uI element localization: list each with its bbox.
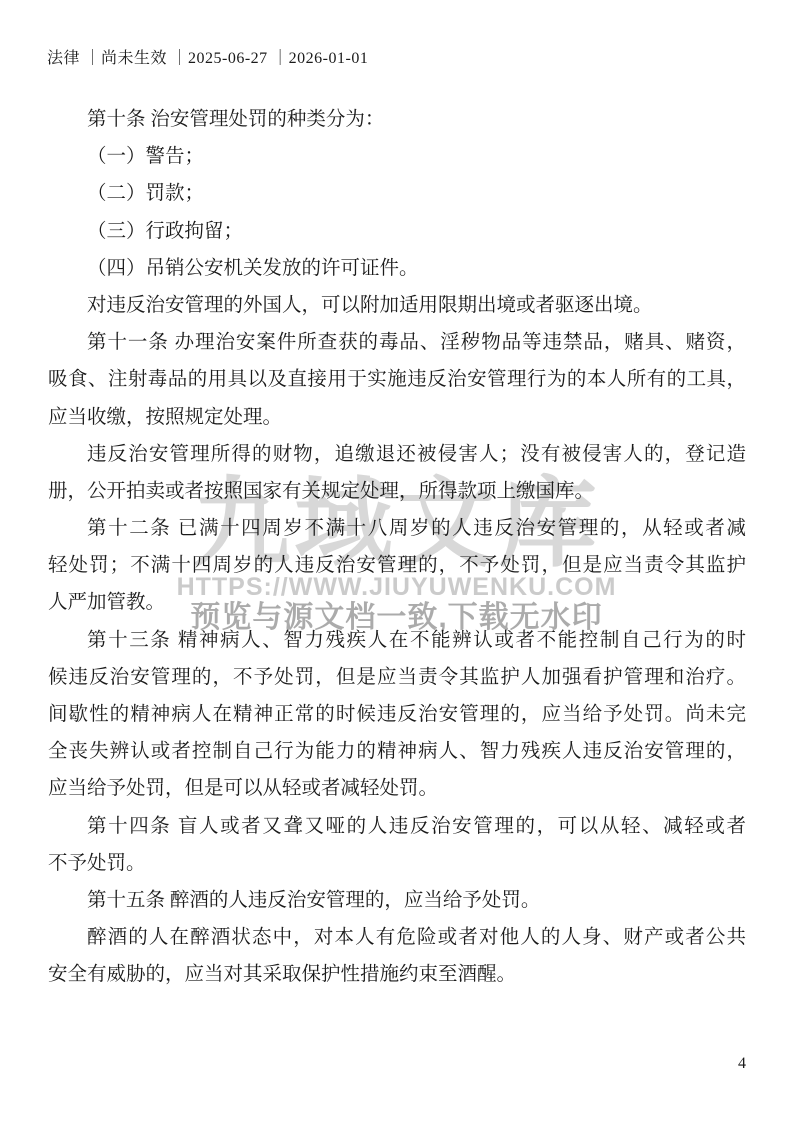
text-line: 醉酒的人在醉酒状态中，对本人有危险或者对他人的人身、财产或者公共 bbox=[48, 919, 746, 956]
text-line: 人严加管教。 bbox=[48, 584, 746, 621]
text-line: 第十四条 盲人或者又聋又哑的人违反治安管理的，可以从轻、减轻或者 bbox=[48, 808, 746, 845]
text-line: 违反治安管理所得的财物，追缴退还被侵害人；没有被侵害人的，登记造 bbox=[48, 436, 746, 473]
text-line: 候违反治安管理的，不予处罚，但是应当责令其监护人加强看护管理和治疗。 bbox=[48, 659, 746, 696]
text-line: 第十一条 办理治安案件所查获的毒品、淫秽物品等违禁品，赌具、赌资， bbox=[48, 324, 746, 361]
text-line: 第十二条 已满十四周岁不满十八周岁的人违反治安管理的，从轻或者减 bbox=[48, 510, 746, 547]
page-number: 4 bbox=[728, 1054, 756, 1074]
document-body: 第十条 治安管理处罚的种类分为： （一）警告； （二）罚款； （三）行政拘留； … bbox=[48, 101, 746, 994]
document-status-line: 法律 ｜尚未生效 ｜2025-06-27 ｜2026-01-01 bbox=[47, 50, 368, 68]
text-line: （四）吊销公安机关发放的许可证件。 bbox=[48, 250, 746, 287]
text-line: （三）行政拘留； bbox=[48, 213, 746, 250]
text-line: 册，公开拍卖或者按照国家有关规定处理，所得款项上缴国库。 bbox=[48, 473, 746, 510]
text-line: （一）警告； bbox=[48, 138, 746, 175]
document-page: 九域文库 HTTPS://WWW.JIUYUWENKU.COM 预览与源文档一致… bbox=[0, 0, 793, 1122]
text-line: 安全有威胁的，应当对其采取保护性措施约束至酒醒。 bbox=[48, 956, 746, 993]
text-line: 对违反治安管理的外国人，可以附加适用限期出境或者驱逐出境。 bbox=[48, 287, 746, 324]
text-line: （二）罚款； bbox=[48, 175, 746, 212]
text-line: 应当收缴，按照规定处理。 bbox=[48, 399, 746, 436]
text-line: 不予处罚。 bbox=[48, 845, 746, 882]
text-line: 全丧失辨认或者控制自己行为能力的精神病人、智力残疾人违反治安管理的， bbox=[48, 733, 746, 770]
text-line: 第十五条 醉酒的人违反治安管理的，应当给予处罚。 bbox=[48, 882, 746, 919]
text-line: 第十三条 精神病人、智力残疾人在不能辨认或者不能控制自己行为的时 bbox=[48, 622, 746, 659]
text-line: 轻处罚；不满十四周岁的人违反治安管理的，不予处罚，但是应当责令其监护 bbox=[48, 547, 746, 584]
text-line: 应当给予处罚，但是可以从轻或者减轻处罚。 bbox=[48, 770, 746, 807]
text-line: 第十条 治安管理处罚的种类分为： bbox=[48, 101, 746, 138]
text-line: 间歇性的精神病人在精神正常的时候违反治安管理的，应当给予处罚。尚未完 bbox=[48, 696, 746, 733]
text-line: 吸食、注射毒品的用具以及直接用于实施违反治安管理行为的本人所有的工具， bbox=[48, 361, 746, 398]
